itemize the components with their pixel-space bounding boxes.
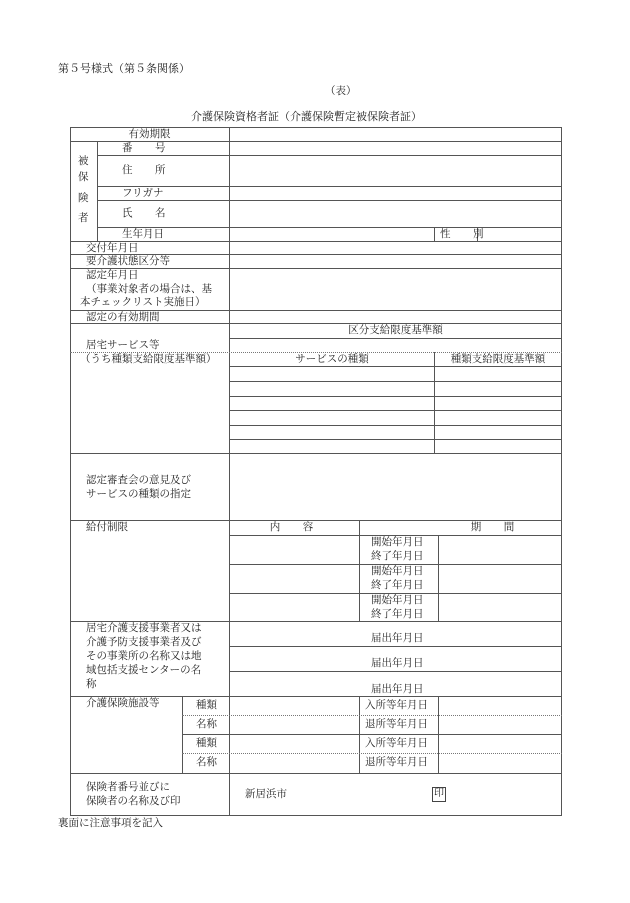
issue-date-value[interactable] (230, 242, 561, 254)
category-limit-value[interactable] (230, 339, 561, 352)
committee-opinion-value[interactable] (230, 454, 561, 520)
service-type-header: サービスの種類 (230, 353, 434, 366)
name-value[interactable] (230, 201, 561, 227)
type-limit-header: 種類支給限度基準額 (435, 353, 561, 366)
address-label: 住 所 (122, 164, 172, 177)
insurer-name: 新居浜市 (245, 788, 287, 801)
facility-type-label: 種類 (196, 737, 217, 750)
furigana-value[interactable] (230, 187, 561, 200)
care-level-label: 要介護状態区分等 (86, 255, 170, 268)
facility-label: 介護保険施設等 (86, 697, 160, 710)
restriction-content-value[interactable] (230, 536, 359, 564)
address-value[interactable] (230, 156, 561, 186)
footer-note: 裏面に注意事項を記入 (58, 817, 163, 830)
insured-group-char: 保 (78, 171, 89, 184)
limit-header: 区分支給限度基準額 (230, 324, 561, 337)
service-row[interactable] (230, 382, 561, 396)
restriction-period-value[interactable] (439, 536, 561, 564)
seal-icon: 印 (432, 787, 446, 802)
validity-label: 有効期限 (70, 128, 229, 141)
end-date-label: 終了年月日 (371, 608, 424, 621)
admission-date-value[interactable] (439, 697, 561, 715)
service-row[interactable] (230, 440, 561, 453)
insurer-label: 保険者番号並びに (86, 781, 170, 794)
row-line (70, 773, 562, 774)
service-row[interactable] (230, 426, 561, 439)
start-date-label: 開始年月日 (371, 565, 424, 578)
discharge-date-label: 退所等年月日 (365, 756, 428, 769)
number-value[interactable] (230, 142, 561, 155)
end-date-label: 終了年月日 (371, 579, 424, 592)
certification-date-note: （事業対象者の場合は、基 (86, 283, 212, 296)
gender-value[interactable] (478, 228, 561, 241)
benefit-restriction-label: 給付制限 (86, 521, 128, 534)
certification-period-value[interactable] (230, 311, 561, 323)
insured-group-char: 険 (78, 192, 89, 205)
insurer-label: 保険者の名称及び印 (86, 795, 181, 808)
side-indicator: （表） (325, 85, 357, 98)
number-label: 番 号 (122, 142, 172, 155)
care-support-label: 称 (86, 678, 97, 691)
end-date-label: 終了年月日 (371, 550, 424, 563)
care-support-entry[interactable] (230, 672, 561, 696)
facility-type-label: 種類 (196, 699, 217, 712)
validity-value[interactable] (230, 128, 561, 141)
facility-type-value[interactable] (230, 735, 359, 753)
care-support-entry[interactable] (230, 622, 561, 646)
certification-date-note: 本チェックリスト実施日） (80, 296, 205, 309)
admission-date-label: 入所等年月日 (365, 699, 428, 712)
certification-date-label: 認定年月日 (86, 269, 139, 282)
care-level-value[interactable] (230, 255, 561, 268)
care-support-label: 居宅介護支援事業者又は (86, 622, 202, 635)
care-support-label: 介護予防支援事業者及び (86, 636, 202, 649)
facility-name-label: 名称 (196, 756, 217, 769)
insured-group-char: 者 (78, 212, 89, 225)
certification-date-value[interactable] (230, 269, 561, 310)
content-header: 内 容 (230, 521, 359, 534)
form-number: 第５号様式（第５条関係） (58, 62, 190, 75)
insured-group-char: 被 (78, 155, 89, 168)
document-title: 介護保険資格者証（介護保険暫定被保険者証） (191, 110, 422, 123)
facility-name-label: 名称 (196, 718, 217, 731)
issue-date-label: 交付年月日 (86, 242, 139, 255)
service-row[interactable] (230, 411, 561, 425)
start-date-label: 開始年月日 (371, 594, 424, 607)
name-label: 氏 名 (122, 207, 172, 220)
restriction-content-value[interactable] (230, 565, 359, 593)
committee-label: 認定審査会の意見及び (86, 474, 191, 487)
certification-period-label: 認定の有効期間 (86, 311, 160, 324)
facility-name-value[interactable] (230, 716, 359, 734)
facility-name-value[interactable] (230, 754, 359, 773)
discharge-date-label: 退所等年月日 (365, 718, 428, 731)
home-service-label: 居宅サービス等 (86, 339, 160, 352)
birthdate-value[interactable] (230, 228, 434, 241)
restriction-content-value[interactable] (230, 594, 359, 621)
discharge-date-value[interactable] (439, 716, 561, 734)
home-service-sublabel: （うち種類支給限度基準額） (80, 353, 217, 366)
care-support-entry[interactable] (230, 647, 561, 671)
divider (97, 141, 98, 241)
period-header: 期 間 (360, 521, 561, 534)
admission-date-label: 入所等年月日 (365, 737, 428, 750)
restriction-period-value[interactable] (439, 565, 561, 593)
facility-type-value[interactable] (230, 697, 359, 715)
divider (434, 227, 435, 241)
care-support-label: その事業所の名称又は地 (86, 650, 202, 663)
care-support-label: 域包括支援センターの名 (86, 664, 201, 677)
service-row[interactable] (230, 397, 561, 410)
start-date-label: 開始年月日 (371, 536, 424, 549)
discharge-date-value[interactable] (439, 754, 561, 773)
admission-date-value[interactable] (439, 735, 561, 753)
committee-label: サービスの種類の指定 (86, 488, 191, 501)
service-row[interactable] (230, 367, 561, 381)
birthdate-label: 生年月日 (122, 228, 164, 241)
furigana-label: フリガナ (122, 187, 163, 200)
restriction-period-value[interactable] (439, 594, 561, 621)
